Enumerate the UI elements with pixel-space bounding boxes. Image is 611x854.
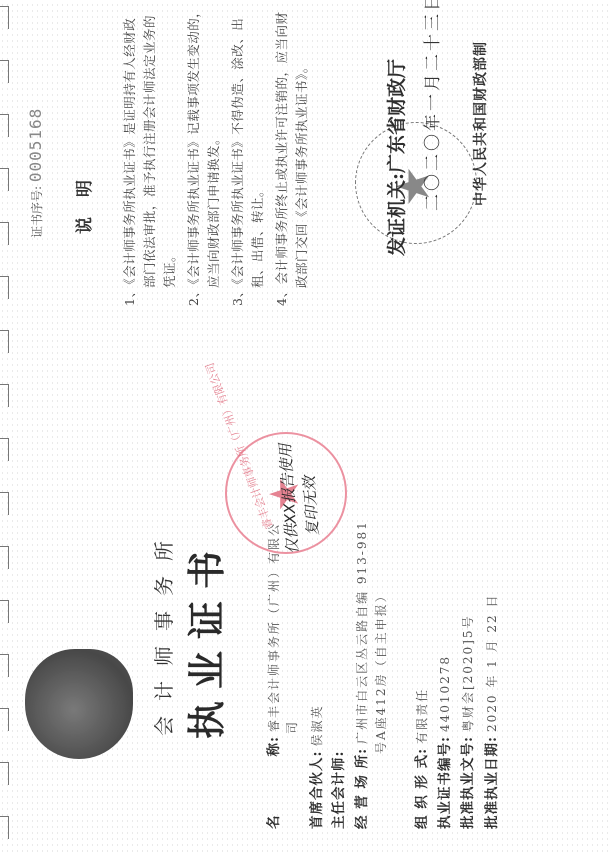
instruction-item: 3、《会计师事务所执业证书》不得伪造、涂改、出 [228,18,246,306]
instruction-item: 1、《会计师事务所执业证书》是证明持有人经财政 [120,18,138,306]
field-address-cont: 号A座412房（自主申报） [372,588,389,754]
field-org-form: 组 织 形 式: 有限责任 [410,688,430,829]
instruction-line: 应当向财政部门申请换发。 [204,132,222,288]
field-chief-accountant: 主任会计师: [327,751,347,829]
instruction-line: 凭证。 [160,249,178,288]
issue-date: 二〇二〇年一月二十三日 [418,0,443,211]
certificate-subtitle: 会计师事务所 [148,526,177,736]
national-emblem-icon [25,649,133,759]
field-license-number: 执业证书编号: 44010278 [433,655,453,829]
field-approval-date: 批准执业日期: 2020 年 1 月 22 日 [480,594,500,830]
field-name: 名 称: 睿丰会计师事务所（广州）有限公 [262,522,282,829]
certificate-page: 会计师事务所 执业证书 名 称: 睿丰会计师事务所（广州）有限公 司 首席合伙人… [0,0,611,854]
instruction-line: 部门依法审批，准予执行注册会计师法定业务的 [140,15,158,288]
field-approval-doc: 批准执业文号: 粤财会[2020]5号 [456,614,476,829]
serial-number: 证书序号: 0005168 [26,108,45,238]
instruction-item: 2、《会计师事务所执业证书》记载事项发生变动的， [184,5,202,306]
certificate-title: 执业证书 [176,539,231,739]
handwritten-note-2: 复印无效 [298,475,323,536]
instruction-line: 政部门交回《会计师事务所执业证书》。 [292,60,310,288]
issuer-seal: ★ [355,122,477,244]
instruction-line: 租、出借、转让。 [248,184,266,288]
field-address: 经 营 场 所: 广州市白云区丛云路自编 913-981 [350,520,370,829]
issuing-authority: 发证机关:广东省财政厅 [382,59,409,256]
instructions-title: 说明 [70,160,95,234]
field-chief-partner: 首席合伙人: 侯淑英 [305,705,325,829]
field-name-cont: 司 [283,720,300,734]
field-name-label: 名 称: [266,736,282,829]
instruction-item: 4、会计师事务所终止或执业许可注销的，应当向财 [272,12,290,306]
ministry-footer: 中华人民共和国财政部制 [470,41,490,206]
